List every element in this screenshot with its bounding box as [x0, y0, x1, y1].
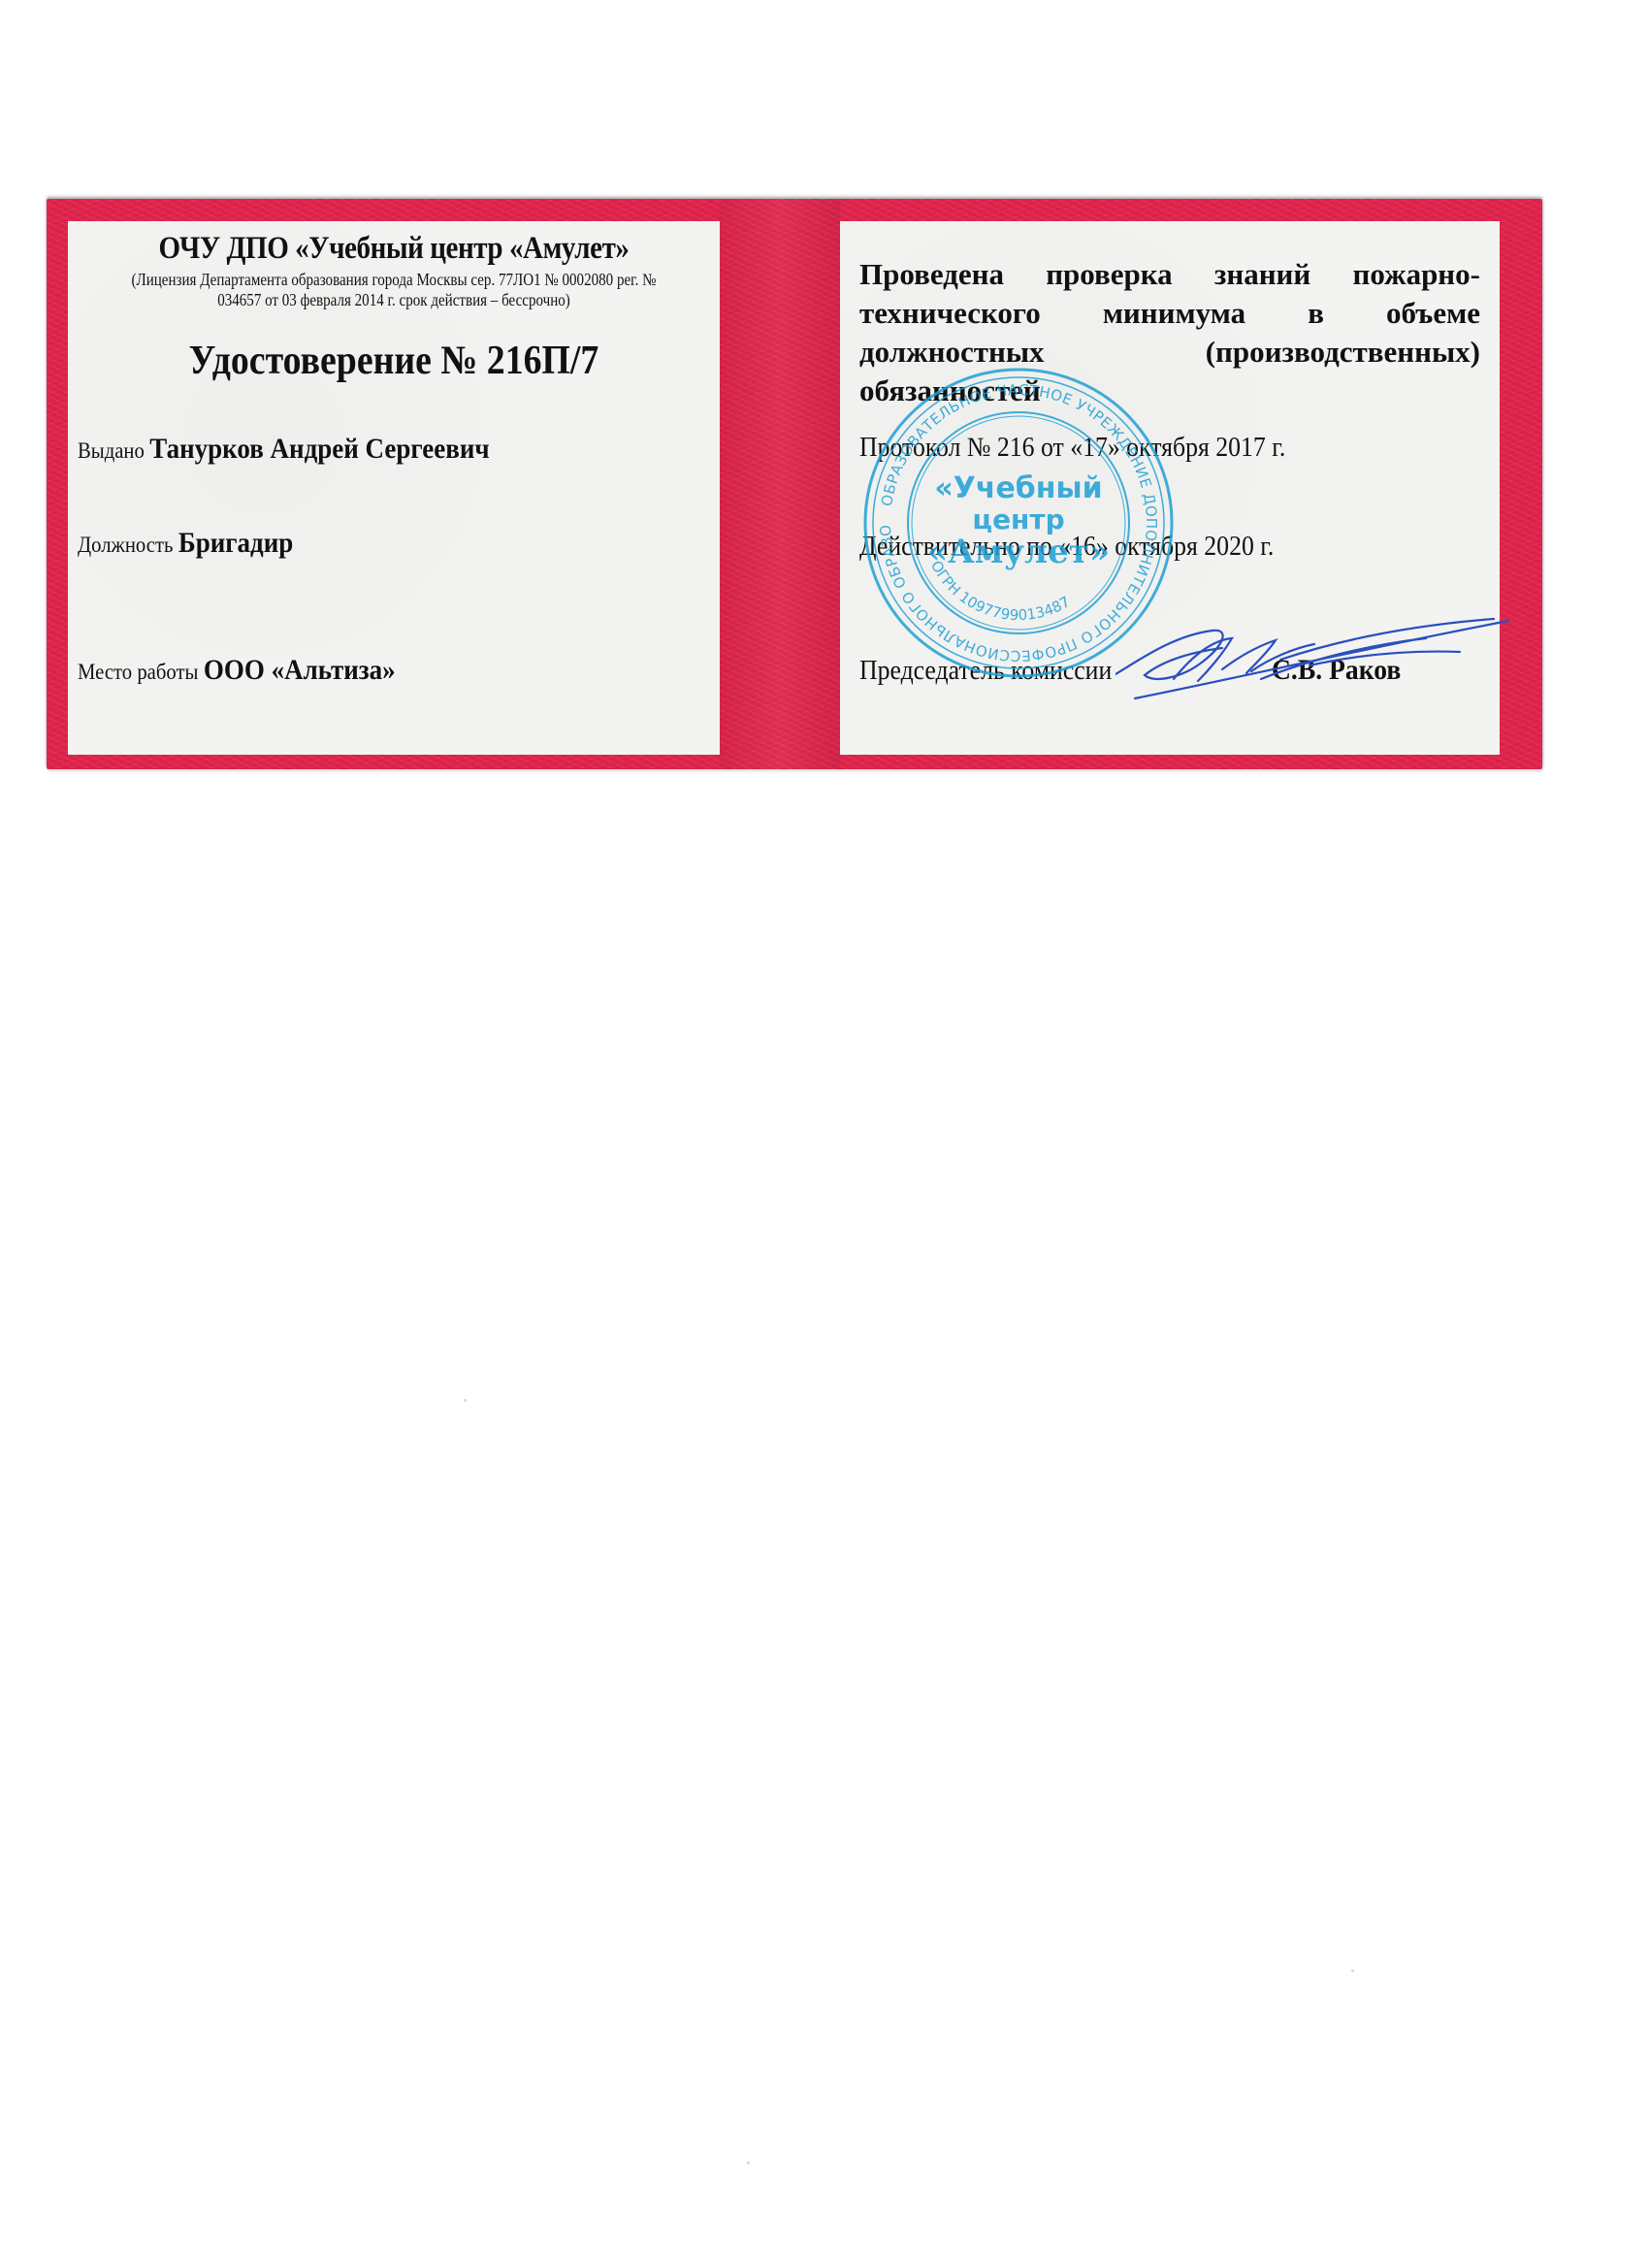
license-line-1: (Лицензия Департамента образования город… [130, 270, 658, 290]
issued-value: Танурков Андрей Сергеевич [149, 433, 489, 465]
chairman-name: С.В. Раков [1272, 654, 1401, 687]
check-statement: Проведена проверка знаний пожарно-технич… [859, 255, 1480, 410]
scan-speck [747, 2161, 750, 2164]
cover-spine [720, 199, 840, 769]
scan-speck [1351, 1969, 1354, 1972]
license-line-2: 034657 от 03 февраля 2014 г. срок действ… [130, 290, 658, 310]
position-value: Бригадир [178, 527, 293, 559]
chairman-label: Председатель комиссии [859, 656, 1112, 687]
workplace-label: Место работы [78, 660, 198, 684]
position-field: Должность Бригадир [78, 527, 293, 560]
workplace-field: Место работы ООО «Альтиза» [78, 654, 396, 687]
organization-title: ОЧУ ДПО «Учебный центр «Амулет» [107, 231, 680, 267]
scan-speck [464, 1399, 467, 1402]
license-info: (Лицензия Департамента образования город… [130, 270, 658, 310]
workplace-value: ООО «Альтиза» [204, 654, 396, 686]
position-label: Должность [78, 533, 173, 557]
protocol-line: Протокол № 216 от «17» октября 2017 г. [859, 433, 1285, 464]
right-page: Проведена проверка знаний пожарно-технич… [840, 221, 1500, 755]
left-page: ОЧУ ДПО «Учебный центр «Амулет» (Лицензи… [68, 221, 720, 755]
certificate-title: Удостоверение № 216П/7 [101, 338, 688, 384]
issued-to-field: Выдано Танурков Андрей Сергеевич [78, 433, 490, 466]
valid-until-line: Действительно по «16» октября 2020 г. [859, 532, 1274, 563]
issued-label: Выдано [78, 438, 145, 463]
